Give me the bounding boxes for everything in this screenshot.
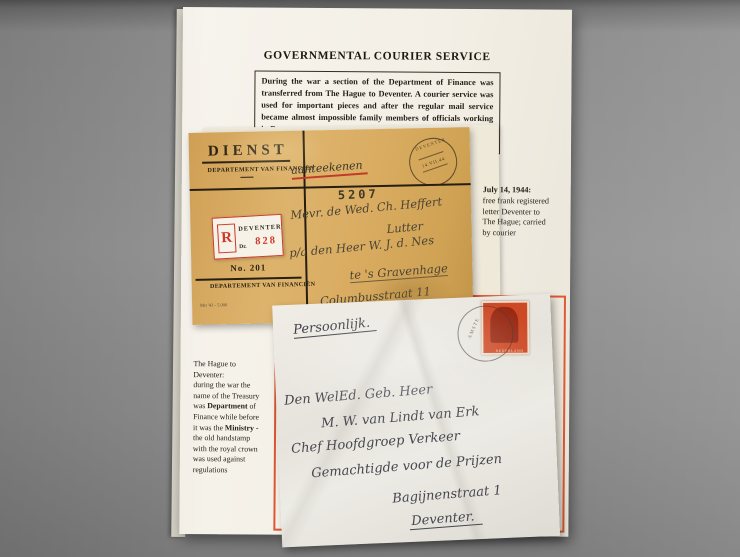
registration-number: 828 <box>255 235 277 247</box>
divider-dash <box>240 177 253 178</box>
footer-rule <box>196 277 302 281</box>
postmark-letters: AMSTE <box>467 317 481 340</box>
caption-bold: Department <box>207 402 247 411</box>
side-caption: July 14, 1944: free frank registered let… <box>482 185 566 240</box>
caption-body: free frank registered letter Deventer to… <box>482 196 549 238</box>
registration-prefix: Dr. <box>239 243 247 250</box>
dienst-envelope: DIENST DEPARTEMENT VAN FINANCIËN DEVENTE… <box>188 127 473 325</box>
registration-r-box: R <box>217 223 237 253</box>
album-page: GOVERNMENTAL COURIER SERVICE During the … <box>179 7 572 537</box>
address-line: Deventer. <box>409 509 483 531</box>
print-code: Mrt '43 - 5.000 <box>200 302 227 308</box>
envelope-vertical-rule <box>302 131 308 323</box>
registration-label: R DEVENTER Dr. 828 <box>212 214 284 260</box>
address-line: Bagijnenstraat 1 <box>392 483 502 506</box>
caption-date: July 14, 1944: <box>483 185 567 196</box>
address-line: Den WelEd. Geb. Heer <box>284 382 433 408</box>
dienst-heading-block: DIENST DEPARTEMENT VAN FINANCIËN <box>189 141 304 179</box>
registration-office: DEVENTER <box>238 223 282 232</box>
form-number: No. 201 <box>191 262 305 274</box>
postmark-town: DEVENTER <box>415 139 441 152</box>
dienst-heading: DIENST <box>202 142 290 164</box>
page-title: GOVERNMENTAL COURIER SERVICE <box>183 49 572 64</box>
left-caption: The Hague to Deventer: during the war th… <box>193 359 282 476</box>
personal-envelope: Persoonlijk. NEDERLAND AMSTE Den WelEd. … <box>272 294 560 547</box>
dienst-subheading: DEPARTEMENT VAN FINANCIËN <box>207 165 285 173</box>
address-line: te 's Gravenhage <box>349 261 448 283</box>
department-footer: DEPARTEMENT VAN FINANCIËN <box>210 281 288 289</box>
address-line: Chef Hoofdgroep Verkeer <box>291 429 461 457</box>
caption-bold: Ministry - <box>225 423 259 432</box>
personal-annotation: Persoonlijk. <box>293 315 377 339</box>
address-line: p/a den Heer W. J. d. Nes <box>289 233 435 260</box>
address-line: Gemachtigde voor de Prijzen <box>311 452 503 482</box>
photo-background: GOVERNMENTAL COURIER SERVICE During the … <box>0 0 740 557</box>
address-line: M. W. van Lindt van Erk <box>321 404 480 431</box>
